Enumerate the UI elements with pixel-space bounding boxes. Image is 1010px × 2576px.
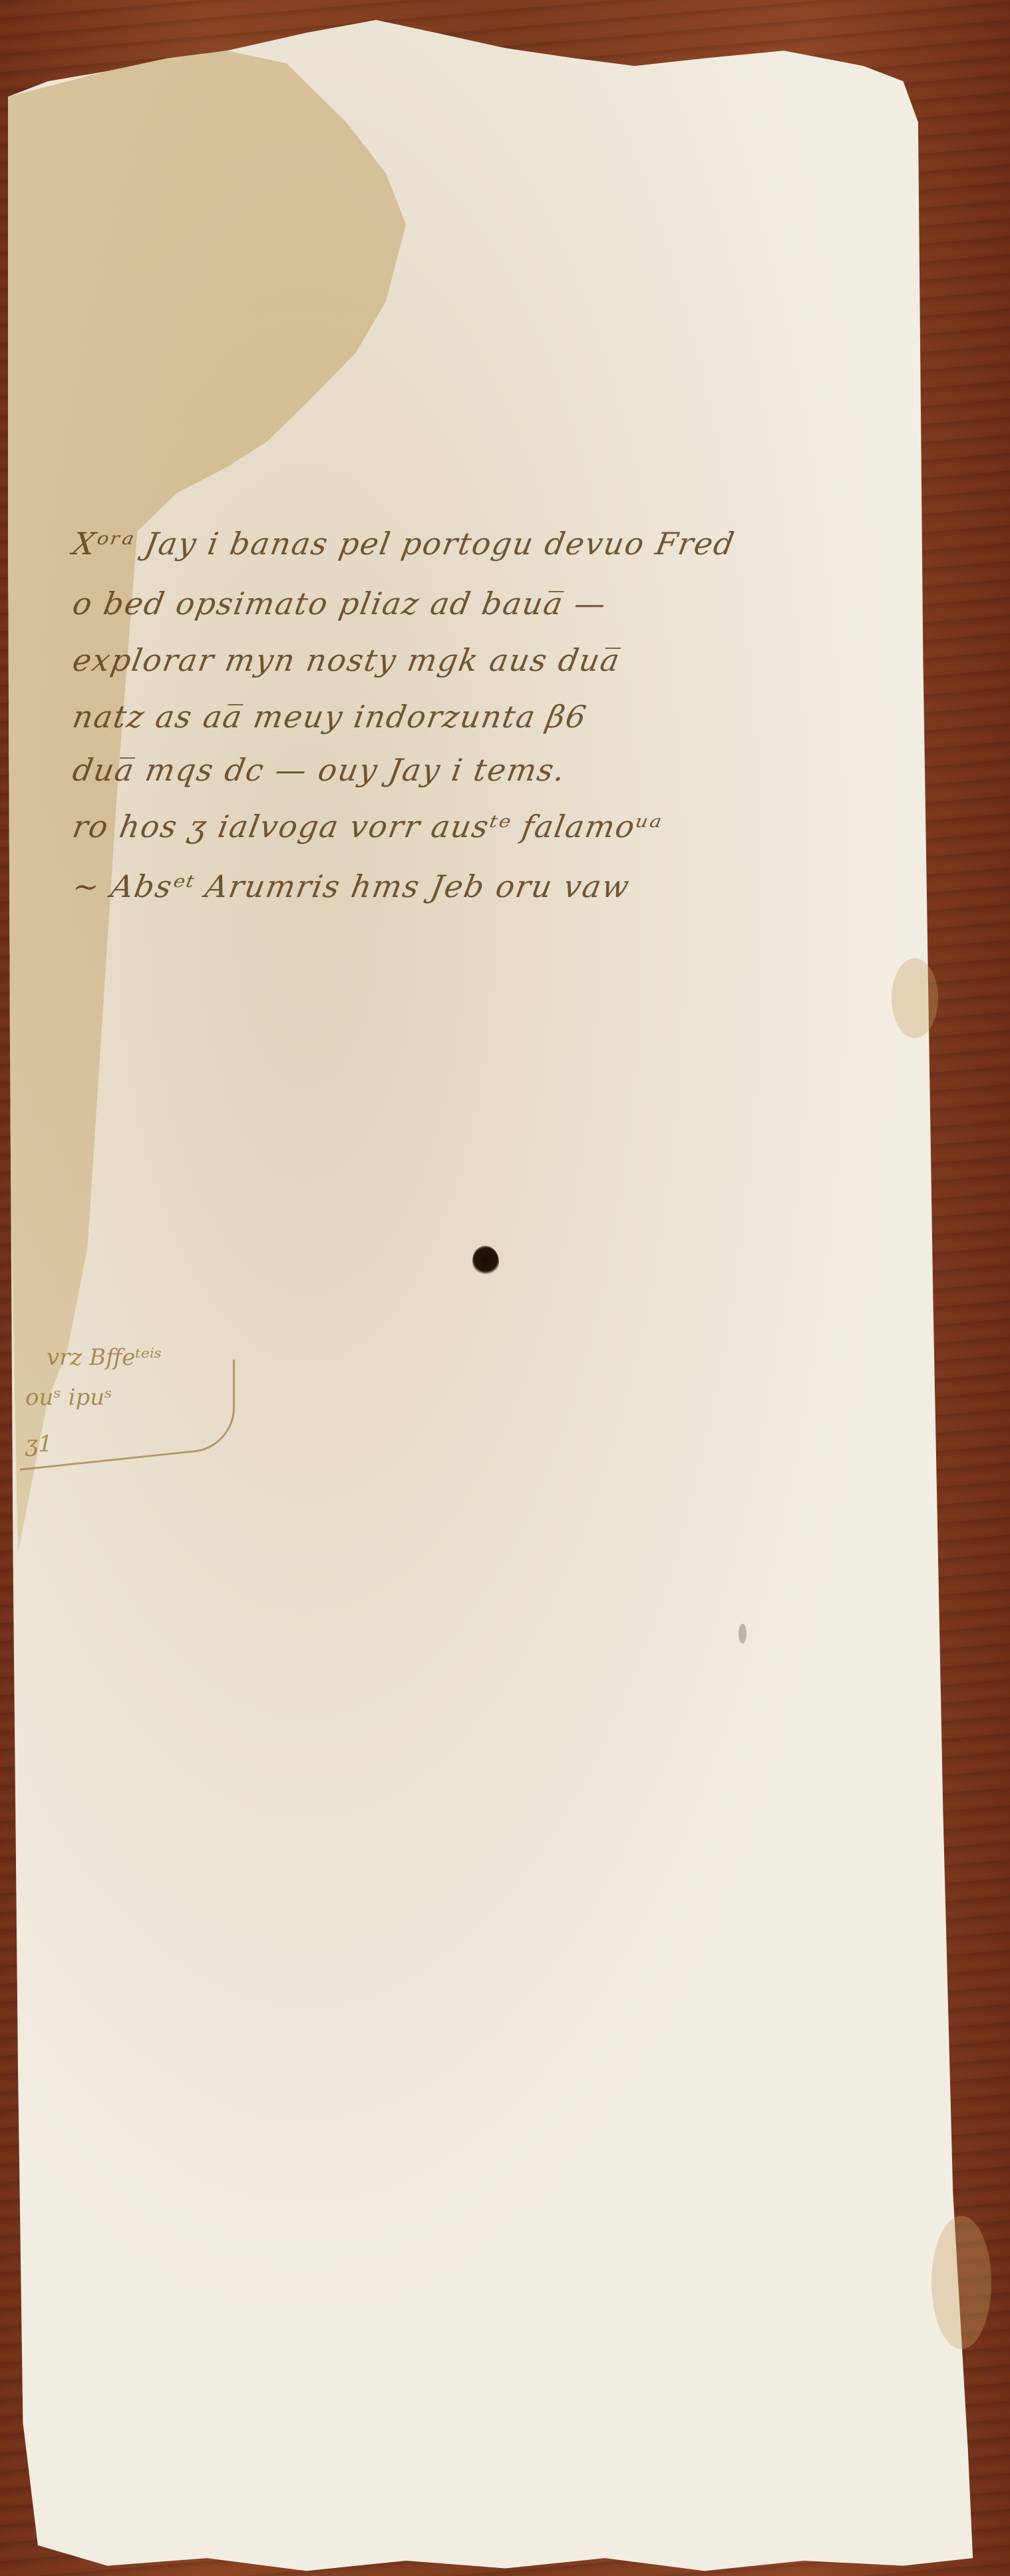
text-line-3: explorar myn nosty mgk aus dua̅ (70, 642, 623, 678)
text-line-4: natz as aa̅ meuy indorzunta β6 (70, 699, 589, 735)
worm-hole (472, 1246, 499, 1276)
margin-note-line-1: vrz Bffeᵗᵉⁱˢ (47, 1344, 162, 1371)
foxing-spot (892, 958, 938, 1038)
fiber-mark (739, 1624, 747, 1644)
text-line-2: o bed opsimato pliaz ad baua̅ — (70, 586, 609, 622)
text-line-1: Xᵒʳᵃ Jay i banas pel portogu devuo Fred (70, 526, 738, 562)
manuscript-sheet (8, 20, 1003, 2576)
foxing-spot (931, 2216, 991, 2349)
text-line-5: dua̅ mqs dc — ouy Jay i tems. (70, 752, 569, 788)
water-stain (8, 20, 1003, 2576)
text-line-7: ~ Absᵉᵗ Arumris hms Jeb oru vaw (70, 868, 633, 904)
text-line-6: ro hos ʒ ialvoga vorr ausᵗᵉ falamoᵘᵃ (70, 809, 665, 844)
